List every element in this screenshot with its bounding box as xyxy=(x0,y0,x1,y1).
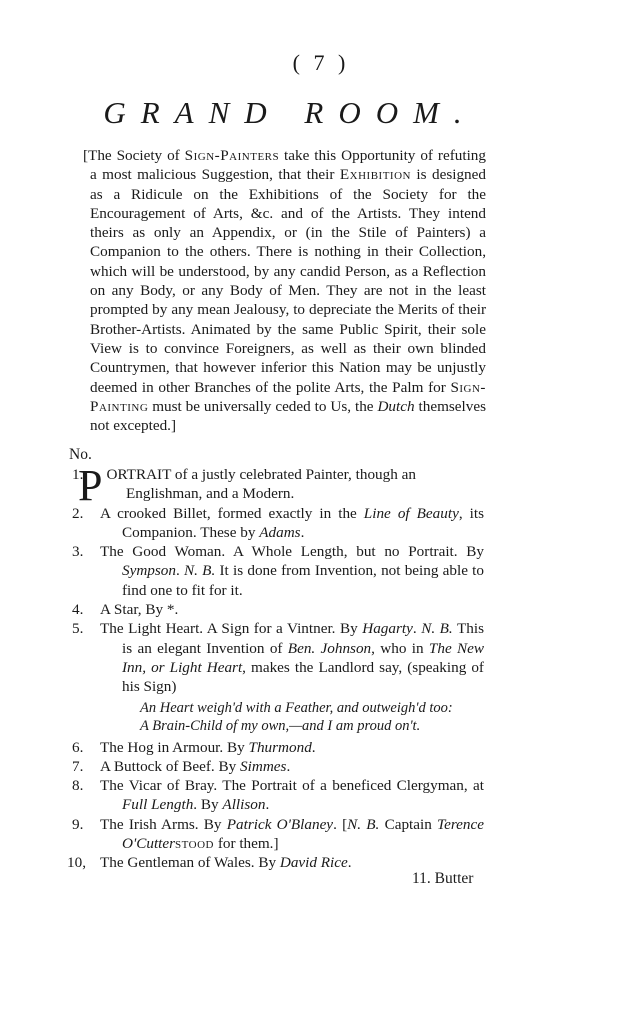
item-number: 1. xyxy=(72,465,83,484)
intro-paragraph: [The Society of Sign-Painters take this … xyxy=(68,146,486,435)
item-number: 5. xyxy=(72,619,83,638)
list-item: 3. The Good Woman. A Whole Length, but n… xyxy=(68,542,484,600)
list-item: 1. P ORTRAIT of a justly celebrated Pain… xyxy=(68,465,484,504)
item-text: . xyxy=(286,758,290,775)
item-number: 10, xyxy=(67,853,86,872)
item-text: The Hog in Armour. By xyxy=(100,739,249,756)
artist-name: Sympson xyxy=(122,562,176,579)
item-text: A crooked Billet, formed exactly in the xyxy=(100,505,364,522)
artist-name: Thurmond xyxy=(249,739,312,756)
item-text: A Star, By *. xyxy=(100,601,178,618)
item-text: The Vicar of Bray. The Portrait of a ben… xyxy=(100,777,484,794)
catchword: 11. Butter xyxy=(412,870,473,888)
verse-quote: An Heart weigh'd with a Feather, and out… xyxy=(100,699,484,735)
item-italic: N. B. xyxy=(184,562,215,579)
intro-segment: [The Society of xyxy=(83,147,185,164)
item-text: , who in xyxy=(371,640,429,657)
item-small-caps: stood xyxy=(175,835,214,852)
list-item: 6. The Hog in Armour. By Thurmond. xyxy=(68,738,484,757)
exhibit-list: 1. P ORTRAIT of a justly celebrated Pain… xyxy=(68,465,484,873)
item-number: 9. xyxy=(72,815,83,834)
item-text: ORTRAIT of a justly celebrated Painter, … xyxy=(106,466,415,483)
artist-name: David Rice xyxy=(280,854,348,871)
intro-segment: Dutch xyxy=(377,398,414,415)
verse-line: An Heart weigh'd with a Feather, and out… xyxy=(140,699,484,717)
item-text: . xyxy=(265,796,269,813)
item-text: . xyxy=(301,524,305,541)
item-text: The Gentleman of Wales. By xyxy=(100,854,280,871)
item-italic: Ben. Johnson xyxy=(288,640,371,657)
item-text: The Good Woman. A Whole Length, but no P… xyxy=(100,543,484,560)
page-title: GRAND ROOM. xyxy=(100,95,480,131)
list-item: 7. A Buttock of Beef. By Simmes. xyxy=(68,757,484,776)
item-number: 8. xyxy=(72,776,83,795)
item-text: . xyxy=(176,562,184,579)
intro-segment: is designed as a Ridicule on the Exhibit… xyxy=(90,166,486,395)
item-text: A Buttock of Beef. By xyxy=(100,758,240,775)
item-text: Englishman, and a Modern. xyxy=(100,484,484,503)
list-item: 4. A Star, By *. xyxy=(68,600,484,619)
list-item: 2. A crooked Billet, formed exactly in t… xyxy=(68,504,484,543)
item-number: 7. xyxy=(72,757,83,776)
intro-segment: Sign-Painters xyxy=(185,147,279,164)
item-number: 2. xyxy=(72,504,83,523)
artist-name: Hagarty xyxy=(362,620,413,637)
page-number: ( 7 ) xyxy=(0,50,642,76)
list-item: 9. The Irish Arms. By Patrick O'Blaney. … xyxy=(68,815,484,854)
item-italic: Full Length xyxy=(122,796,193,813)
artist-name: Allison xyxy=(222,796,265,813)
item-italic: N. B. xyxy=(421,620,453,637)
item-italic: Line of Beauty xyxy=(364,505,459,522)
intro-segment: Exhibition xyxy=(340,166,411,183)
artist-name: Adams xyxy=(259,524,300,541)
item-text: . xyxy=(413,620,421,637)
item-text: The Light Heart. A Sign for a Vintner. B… xyxy=(100,620,362,637)
item-text: . [ xyxy=(333,816,347,833)
item-text: . xyxy=(348,854,352,871)
artist-name: Simmes xyxy=(240,758,286,775)
list-item: 8. The Vicar of Bray. The Portrait of a … xyxy=(68,776,484,815)
item-text: . By xyxy=(193,796,222,813)
verse-line: A Brain-Child of my own,—and I am proud … xyxy=(140,717,484,735)
item-text: for them.] xyxy=(214,835,279,852)
item-text: The Irish Arms. By xyxy=(100,816,227,833)
item-number: 4. xyxy=(72,600,83,619)
artist-name: Patrick O'Blaney xyxy=(227,816,333,833)
intro-segment: must be universally ceded to Us, the xyxy=(148,398,377,415)
item-text: . xyxy=(312,739,316,756)
item-number: 6. xyxy=(72,738,83,757)
item-number: 3. xyxy=(72,542,83,561)
item-italic: N. B. xyxy=(347,816,379,833)
list-item: 5. The Light Heart. A Sign for a Vintner… xyxy=(68,619,484,734)
item-text: Captain xyxy=(379,816,437,833)
